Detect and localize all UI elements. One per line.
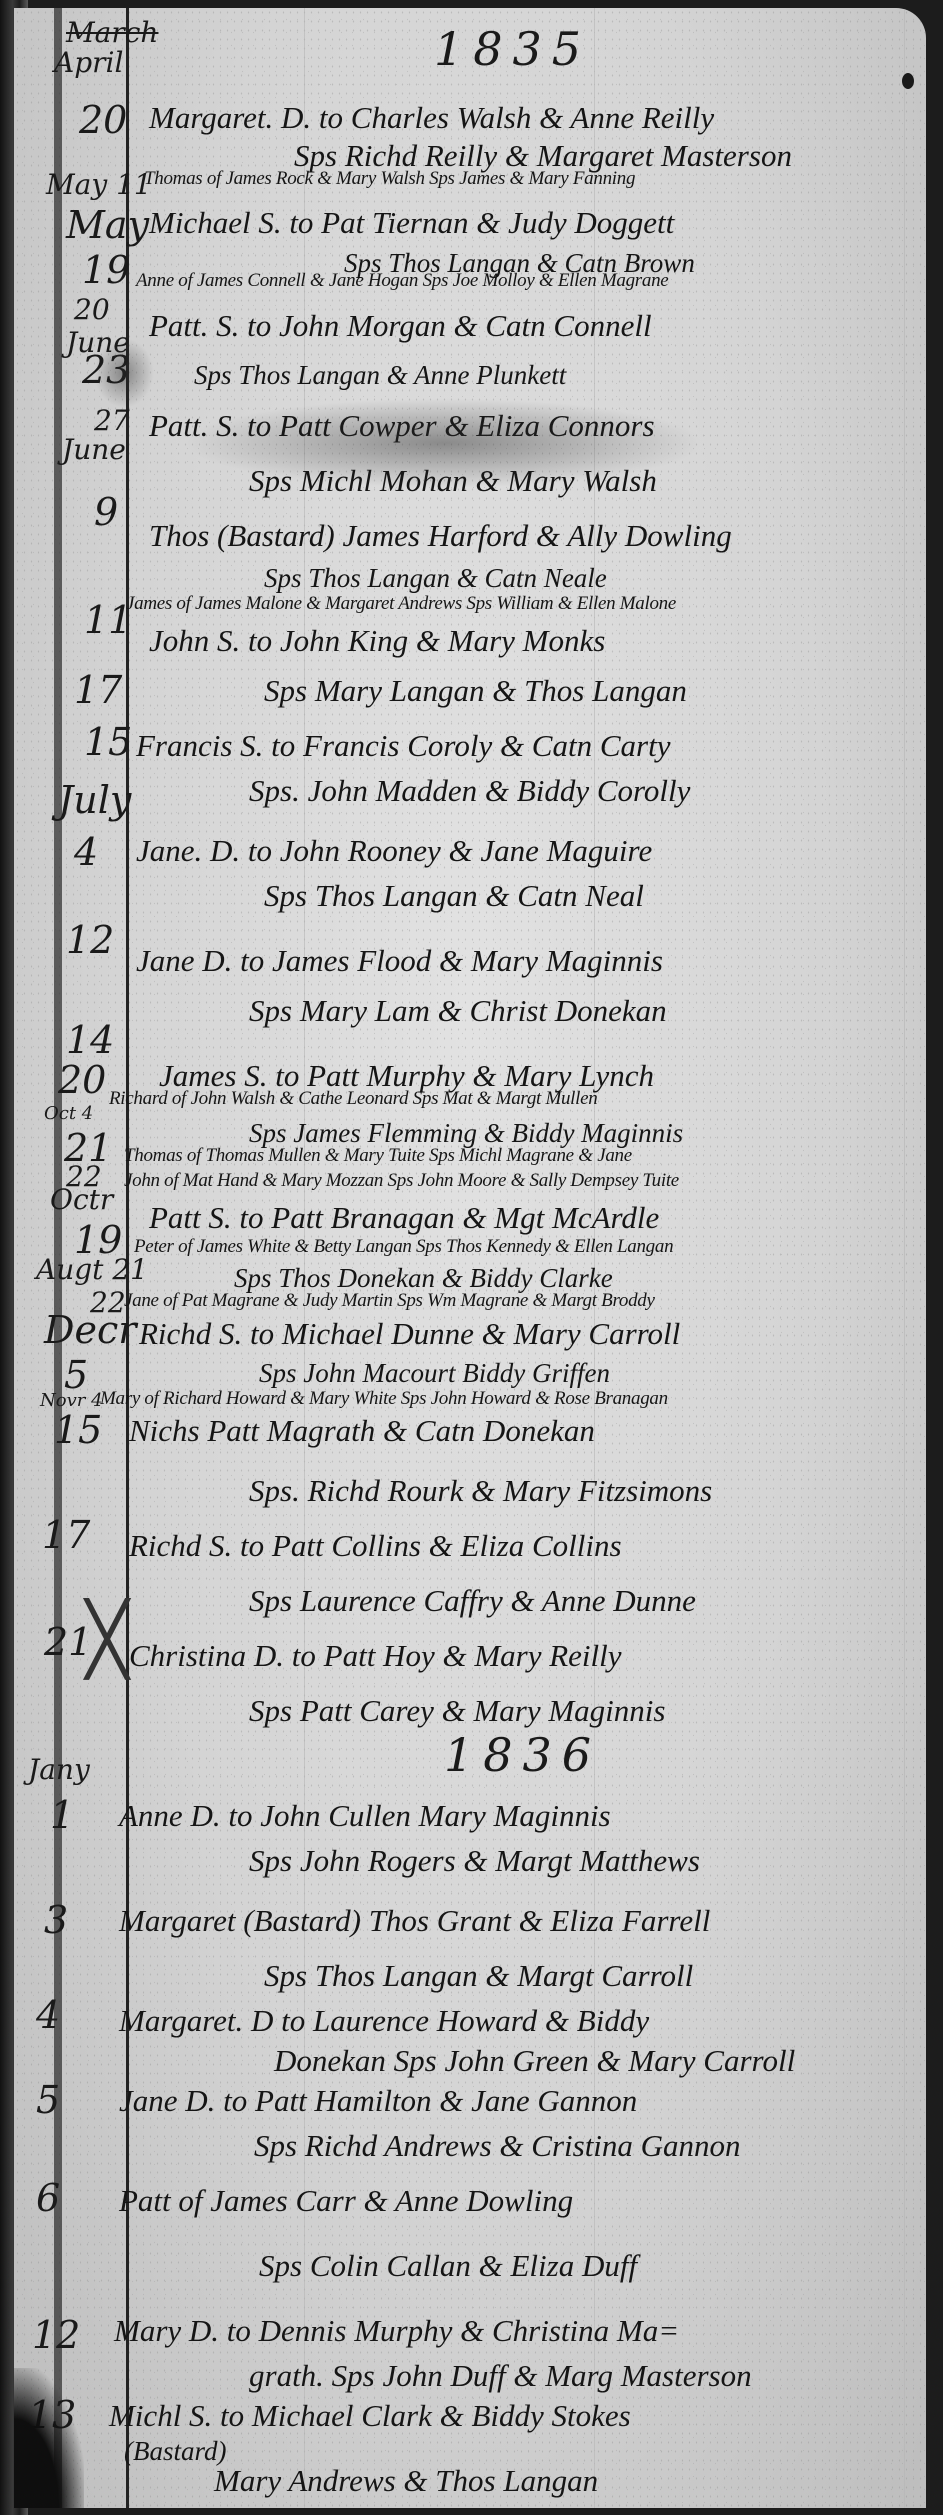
margin-date: 17 [42,1513,90,1557]
register-entry-line: Christina D. to Patt Hoy & Mary Reilly [129,1638,622,1674]
register-entry-line: Sps. John Madden & Biddy Corolly [249,773,690,809]
register-entry-line: Richard of John Walsh & Cathe Leonard Sp… [109,1088,597,1110]
margin-date: 4 [74,830,98,874]
register-entry-line: Nichs Patt Magrath & Catn Donekan [129,1413,595,1449]
margin-date: Oct 4 [44,1103,93,1124]
register-entry-line: Mary Andrews & Thos Langan [214,2463,598,2499]
margin-date: 20 [58,1058,106,1102]
register-entry-line: Jane of Pat Magrane & Judy Martin Sps Wm… [124,1290,655,1312]
margin-date: Augt 21 [36,1253,148,1286]
margin-date: 20 [79,98,127,142]
register-entry-line: Sps Laurence Caffry & Anne Dunne [249,1583,696,1619]
margin-date: 15 [84,720,132,764]
register-entry-line: Sps Thos Langan & Catn Neal [264,878,644,914]
register-entry-line: Sps Thos Langan & Anne Plunkett [194,360,566,391]
year-heading-1836: 1836 [444,1728,601,1782]
margin-date: 1 [50,1793,74,1837]
register-entry-line: Margaret. D. to Charles Walsh & Anne Rei… [149,100,714,136]
register-entry-line: Donekan Sps John Green & Mary Carroll [274,2043,795,2079]
margin-date: 6 [36,2176,60,2220]
register-entry-line: Sps Thos Langan & Catn Neale [264,563,607,594]
register-entry-line: Sps John Rogers & Margt Matthews [249,1843,700,1879]
register-entry-line: Sps Colin Callan & Eliza Duff [259,2248,637,2284]
register-entry-line: Thos (Bastard) James Harford & Ally Dowl… [149,518,732,554]
register-entry-line: (Bastard) [124,2436,227,2467]
register-entry-line: Francis S. to Francis Coroly & Catn Cart… [136,728,670,764]
margin-date: May [66,203,149,247]
register-entry-line: Michl S. to Michael Clark & Biddy Stokes [109,2398,631,2434]
register-entry-line: Anne D. to John Cullen Mary Maginnis [119,1798,611,1834]
register-entry-line: John of Mat Hand & Mary Mozzan Sps John … [124,1170,679,1192]
register-entry-line: Sps Thos Langan & Margt Carroll [264,1958,693,1994]
margin-date: 12 [66,918,114,962]
register-entry-line: Jane D. to James Flood & Mary Maginnis [136,943,663,979]
margin-date: Octr [50,1183,113,1216]
register-entry-line: Margaret. D to Laurence Howard & Biddy [119,2003,649,2039]
register-entry-line: Richd S. to Michael Dunne & Mary Carroll [139,1316,680,1352]
margin-date: 12 [32,2313,80,2357]
ink-smudge [184,398,704,488]
register-entry-line: Jane D. to Patt Hamilton & Jane Gannon [119,2083,637,2119]
margin-date: 4 [36,1993,60,2037]
register-entry-line: Sps Richd Andrews & Cristina Gannon [254,2128,741,2164]
margin-date: 5 [36,2078,60,2122]
margin-date: 14 [66,1018,114,1062]
register-entry-line: Michael S. to Pat Tiernan & Judy Doggett [149,205,674,241]
register-entry-line: Sps Mary Langan & Thos Langan [264,673,687,709]
margin-date: July [58,778,131,822]
ink-smudge [94,338,154,408]
margin-date: 20 [74,293,110,326]
register-entry-line: John S. to John King & Mary Monks [149,623,605,659]
register-entry-line: James of James Malone & Margaret Andrews… [126,593,676,615]
page-corner-shadow [14,2368,84,2508]
cross-mark-icon: ╳ [86,1598,128,1680]
register-entry-line: Jane. D. to John Rooney & Jane Maguire [136,833,652,869]
ink-blot [902,73,914,89]
faint-ruled-line [904,8,905,2508]
register-entry-line: Patt of James Carr & Anne Dowling [119,2183,573,2219]
margin-date: May 11 [46,168,152,201]
margin-header-struck-month: March [66,16,158,49]
margin-date: Decr [44,1308,136,1352]
register-entry-line: Sps Patt Carey & Mary Maginnis [249,1693,665,1729]
register-entry-line: Sps. Richd Rourk & Mary Fitzsimons [249,1473,712,1509]
register-entry-line: Margaret (Bastard) Thos Grant & Eliza Fa… [119,1903,710,1939]
margin-date: 17 [74,668,122,712]
margin-date: 15 [54,1408,102,1452]
register-entry-line: Sps Mary Lam & Christ Donekan [249,993,667,1029]
register-entry-line: Mary of Richard Howard & Mary White Sps … [100,1388,668,1410]
margin-date: 9 [94,490,118,534]
register-entry-line: Patt. S. to John Morgan & Catn Connell [149,308,652,344]
register-entry-line: Patt S. to Patt Branagan & Mgt McArdle [149,1200,659,1236]
register-page: March April 1835 1836 20May 11May1920Jun… [14,8,926,2508]
register-entry-line: Thomas of James Rock & Mary Walsh Sps Ja… [144,168,635,190]
register-entry-line: Peter of James White & Betty Langan Sps … [134,1236,673,1258]
margin-date: 19 [82,248,130,292]
year-heading-1835: 1835 [434,22,591,76]
register-entry-line: grath. Sps John Duff & Marg Masterson [249,2358,752,2394]
margin-date: Jany [28,1753,90,1786]
margin-header-month: April [54,46,123,79]
register-entry-line: Sps John Macourt Biddy Griffen [259,1358,610,1389]
register-entry-line: Richd S. to Patt Collins & Eliza Collins [129,1528,622,1564]
margin-date: June [62,433,126,466]
register-entry-line: Anne of James Connell & Jane Hogan Sps J… [136,270,668,292]
register-entry-line: Thomas of Thomas Mullen & Mary Tuite Sps… [124,1145,632,1167]
register-entry-line: Mary D. to Dennis Murphy & Christina Ma= [114,2313,679,2349]
margin-date: 3 [44,1898,68,1942]
